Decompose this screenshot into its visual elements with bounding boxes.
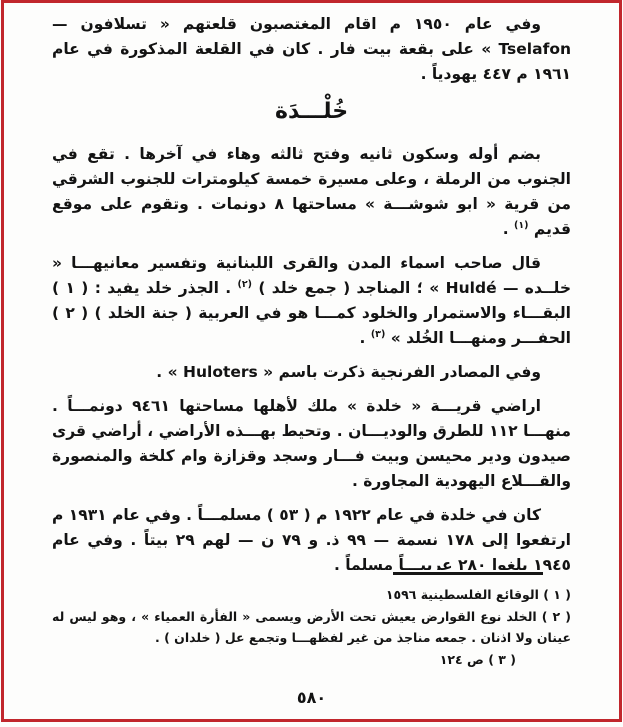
paragraph-etymology-location: بضم أوله وسكون ثانيه وفتح ثالثه وهاء في … <box>52 142 571 242</box>
paragraph-tselafon-fortress: وفي عام ١٩٥٠ م اقام المغتصبون قلعتهم « ت… <box>52 12 571 87</box>
paragraph-text: اراضي قريـــة « خلدة » ملك لأهلها مساحته… <box>52 397 571 490</box>
footnote-2: ( ٢ ) الخلد نوع القوارض يعيش تحت الأرض و… <box>52 606 571 648</box>
footnote-ref-3: (٣) <box>371 329 386 340</box>
footnote-3: ( ٣ ) ص ١٢٤ <box>52 649 516 670</box>
paragraph-text: . <box>503 220 514 238</box>
article-title-khulda: خُلْـــدَة <box>52 99 571 124</box>
footnote-1: ( ١ ) الوقائع الفلسطينية ١٥٩٦ <box>52 584 571 605</box>
main-text-column: وفي عام ١٩٥٠ م اقام المغتصبون قلعتهم « ت… <box>52 12 571 570</box>
paragraph-text: كان في خلدة في عام ١٩٢٢ م ( ٥٣ ) مسلمـــ… <box>52 506 571 570</box>
paragraph-text: وفي المصادر الفرنجية ذكرت باسم « Huloter… <box>156 363 541 381</box>
footnote-separator-rule <box>393 572 543 575</box>
paragraph-frankish-name: وفي المصادر الفرنجية ذكرت باسم « Huloter… <box>52 360 571 385</box>
paragraph-text: وفي عام ١٩٥٠ م اقام المغتصبون قلعتهم « ت… <box>52 15 571 83</box>
page-number: ٥٨٠ <box>0 688 623 707</box>
scanned-book-page: وفي عام ١٩٥٠ م اقام المغتصبون قلعتهم « ت… <box>0 0 623 727</box>
paragraph-text: . <box>360 329 371 347</box>
footnote-ref-2: (٢) <box>238 279 253 290</box>
paragraph-name-meaning: قال صاحب اسماء المدن والقرى اللبنانية وت… <box>52 251 571 351</box>
footnotes-section: ( ١ ) الوقائع الفلسطينية ١٥٩٦ ( ٢ ) الخل… <box>52 572 571 671</box>
paragraph-population-figures: كان في خلدة في عام ١٩٢٢ م ( ٥٣ ) مسلمـــ… <box>52 503 571 570</box>
paragraph-village-lands: اراضي قريـــة « خلدة » ملك لأهلها مساحته… <box>52 394 571 494</box>
footnote-ref-1: (١) <box>514 220 529 231</box>
paragraph-text: بضم أوله وسكون ثانيه وفتح ثالثه وهاء في … <box>52 145 571 238</box>
